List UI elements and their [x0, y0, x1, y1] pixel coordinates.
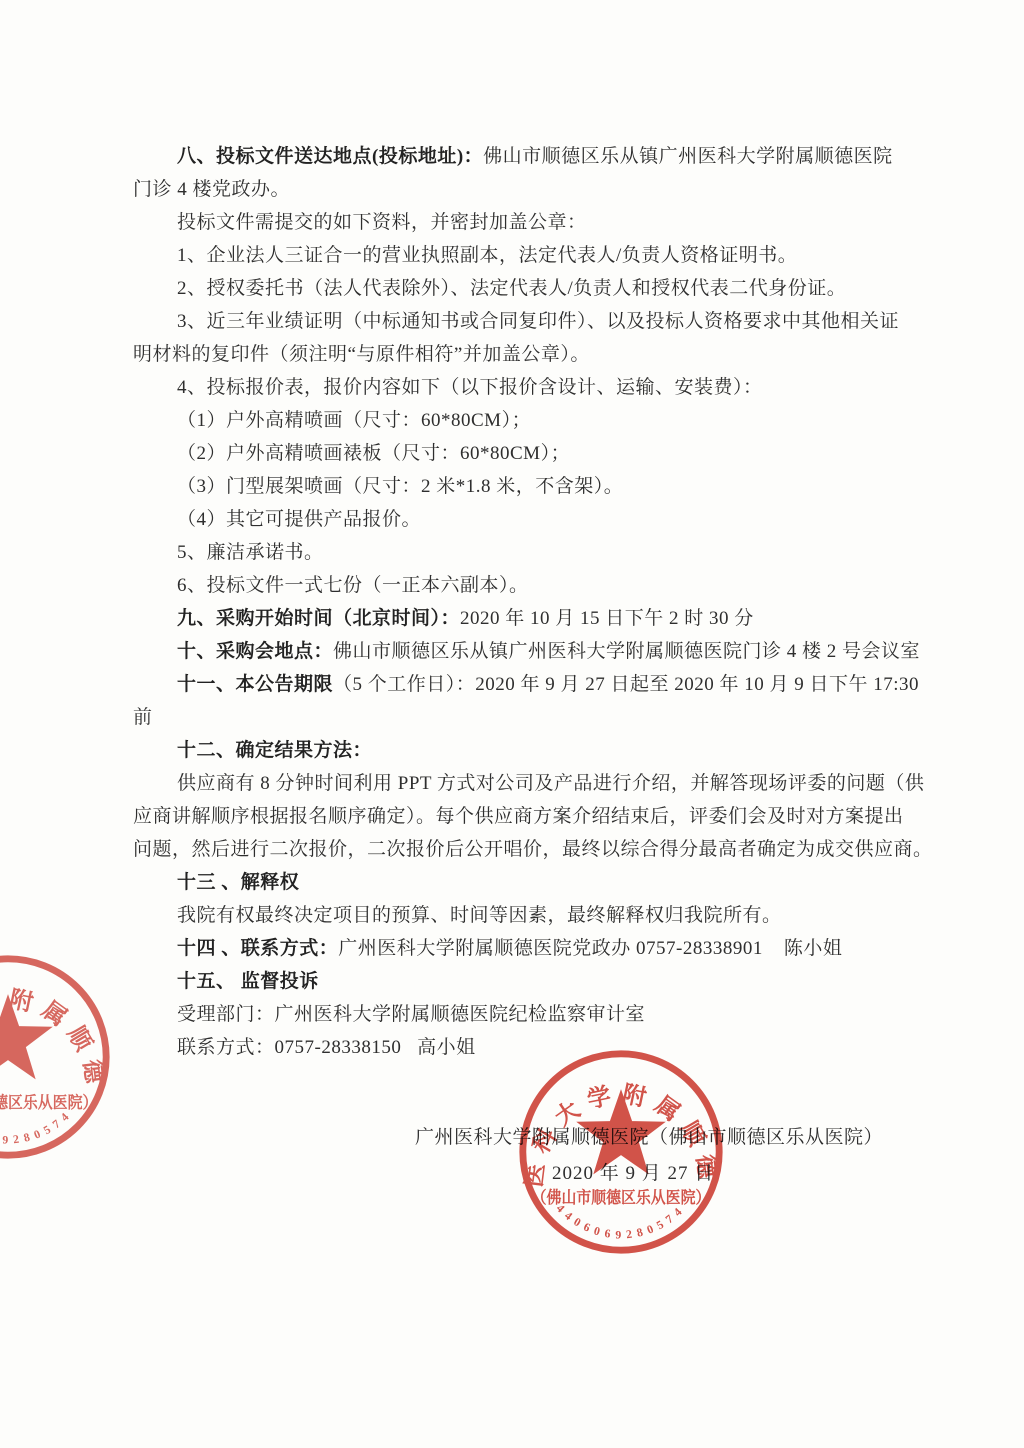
- text-line: 供应商有 8 分钟时间利用 PPT 方式对公司及产品进行介绍，并解答现场评委的问…: [133, 767, 903, 800]
- text-segment: （2）户外高精喷画裱板（尺寸：60*80CM）；: [177, 443, 570, 464]
- text-segment: 4、投标报价表，报价内容如下（以下报价含设计、运输、安装费）：: [177, 377, 763, 398]
- partial-seal-stamp-left-edge: [0, 949, 116, 1165]
- heading-segment: 十五、 监督投诉: [177, 971, 319, 992]
- text-line: 八、投标文件送达地点(投标地址)：佛山市顺德区乐从镇广州医科大学附属顺德医院: [133, 140, 903, 173]
- text-segment: （5 个工作日）：2020 年 9 月 27 日起至 2020 年 10 月 9…: [333, 674, 919, 695]
- document-body: 八、投标文件送达地点(投标地址)：佛山市顺德区乐从镇广州医科大学附属顺德医院门诊…: [133, 140, 903, 1064]
- text-line: （3）门型展架喷画（尺寸：2 米*1.8 米，不含架）。: [133, 470, 903, 503]
- heading-segment: 十四 、联系方式：: [177, 938, 338, 959]
- text-segment: （4）其它可提供产品报价。: [177, 509, 421, 530]
- text-line: 十三 、解释权: [133, 866, 903, 899]
- text-line: 3、近三年业绩证明（中标通知书或合同复印件）、以及投标人资格要求中其他相关证: [133, 305, 903, 338]
- text-segment: 前: [133, 707, 153, 728]
- text-line: 2、授权委托书（法人代表除外）、法定代表人/负责人和授权代表二代身份证。: [133, 272, 903, 305]
- signature-date: 2020 年 9 月 27 日: [552, 1157, 714, 1190]
- text-segment: 应商讲解顺序根据报名顺序确定）。每个供应商方案介绍结束后，评委们会及时对方案提出: [133, 806, 904, 827]
- text-line: 十一、本公告期限（5 个工作日）：2020 年 9 月 27 日起至 2020 …: [133, 668, 903, 701]
- text-line: 十五、 监督投诉: [133, 965, 903, 998]
- text-segment: 联系方式：0757-28338150 高小姐: [177, 1037, 476, 1058]
- text-line: 我院有权最终决定项目的预算、时间等因素，最终解释权归我院所有。: [133, 899, 903, 932]
- text-segment: 6、投标文件一式七份（一正本六副本）。: [177, 575, 529, 596]
- text-line: 5、廉洁承诺书。: [133, 536, 903, 569]
- text-line: 门诊 4 楼党政办。: [133, 173, 903, 206]
- text-line: （2）户外高精喷画裱板（尺寸：60*80CM）；: [133, 437, 903, 470]
- heading-segment: 八、投标文件送达地点(投标地址)：: [177, 146, 483, 167]
- signature-org: 广州医科大学附属顺德医院（佛山市顺德区乐从医院）: [415, 1121, 883, 1154]
- text-segment: 1、企业法人三证合一的营业执照副本，法定代表人/负责人资格证明书。: [177, 245, 797, 266]
- text-line: 十二、确定结果方法：: [133, 734, 903, 767]
- text-segment: 佛山市顺德区乐从镇广州医科大学附属顺德医院门诊 4 楼 2 号会议室: [333, 641, 920, 662]
- text-line: （1）户外高精喷画（尺寸：60*80CM）；: [133, 404, 903, 437]
- text-line: 6、投标文件一式七份（一正本六副本）。: [133, 569, 903, 602]
- text-segment: 2、授权委托书（法人代表除外）、法定代表人/负责人和授权代表二代身份证。: [177, 278, 846, 299]
- text-line: （4）其它可提供产品报价。: [133, 503, 903, 536]
- text-line: 4、投标报价表，报价内容如下（以下报价含设计、运输、安装费）：: [133, 371, 903, 404]
- text-segment: 我院有权最终决定项目的预算、时间等因素，最终解释权归我院所有。: [177, 905, 782, 926]
- text-segment: 2020 年 10 月 15 日下午 2 时 30 分: [460, 608, 754, 629]
- text-segment: 3、近三年业绩证明（中标通知书或合同复印件）、以及投标人资格要求中其他相关证: [177, 311, 899, 332]
- text-segment: 佛山市顺德区乐从镇广州医科大学附属顺德医院: [483, 146, 893, 167]
- text-line: 受理部门：广州医科大学附属顺德医院纪检监察审计室: [133, 998, 903, 1031]
- heading-segment: 九、采购开始时间（北京时间）：: [177, 608, 460, 629]
- text-segment: 门诊 4 楼党政办。: [133, 179, 290, 200]
- text-segment: （3）门型展架喷画（尺寸：2 米*1.8 米，不含架）。: [177, 476, 623, 497]
- text-segment: （1）户外高精喷画（尺寸：60*80CM）；: [177, 410, 531, 431]
- text-segment: 问题，然后进行二次报价，二次报价后公开唱价，最终以综合得分最高者确定为成交供应商…: [133, 839, 933, 860]
- text-line: 明材料的复印件（须注明“与原件相符”并加盖公章）。: [133, 338, 903, 371]
- text-line: 联系方式：0757-28338150 高小姐: [133, 1031, 903, 1064]
- text-line: 十四 、联系方式：广州医科大学附属顺德医院党政办 0757-28338901 陈…: [133, 932, 903, 965]
- heading-segment: 十、采购会地点：: [177, 641, 333, 662]
- text-segment: 5、廉洁承诺书。: [177, 542, 324, 563]
- text-line: 1、企业法人三证合一的营业执照副本，法定代表人/负责人资格证明书。: [133, 239, 903, 272]
- text-line: 问题，然后进行二次报价，二次报价后公开唱价，最终以综合得分最高者确定为成交供应商…: [133, 833, 903, 866]
- text-line: 九、采购开始时间（北京时间）：2020 年 10 月 15 日下午 2 时 30…: [133, 602, 903, 635]
- text-segment: 受理部门：广州医科大学附属顺德医院纪检监察审计室: [177, 1004, 645, 1025]
- text-segment: 供应商有 8 分钟时间利用 PPT 方式对公司及产品进行介绍，并解答现场评委的问…: [177, 773, 924, 794]
- text-line: 应商讲解顺序根据报名顺序确定）。每个供应商方案介绍结束后，评委们会及时对方案提出: [133, 800, 903, 833]
- text-line: 投标文件需提交的如下资料，并密封加盖公章：: [133, 206, 903, 239]
- text-segment: 广州医科大学附属顺德医院党政办 0757-28338901 陈小姐: [338, 938, 842, 959]
- heading-segment: 十三 、解释权: [177, 872, 299, 893]
- heading-segment: 十一、本公告期限: [177, 674, 333, 695]
- text-line: 十、采购会地点：佛山市顺德区乐从镇广州医科大学附属顺德医院门诊 4 楼 2 号会…: [133, 635, 903, 668]
- text-line: 前: [133, 701, 903, 734]
- document-page: 广州医科大学附属顺德医院 （佛山市顺德区乐从医院） 4406069280574 …: [0, 0, 1024, 1448]
- text-segment: 投标文件需提交的如下资料，并密封加盖公章：: [177, 212, 587, 233]
- text-segment: 明材料的复印件（须注明“与原件相符”并加盖公章）。: [133, 344, 590, 365]
- heading-segment: 十二、确定结果方法：: [177, 740, 372, 761]
